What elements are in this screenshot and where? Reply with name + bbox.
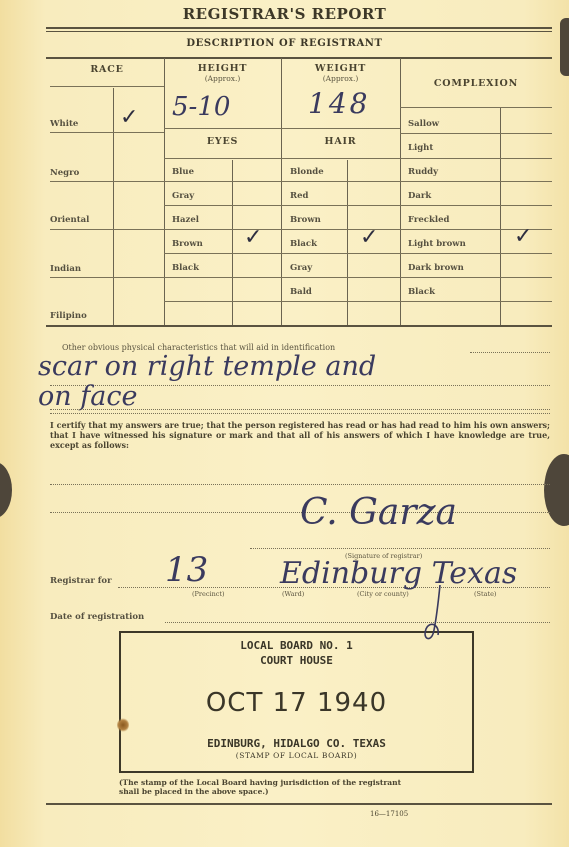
complexion-row-rule	[400, 301, 552, 302]
form-number: 16—17105	[370, 810, 408, 818]
eyes-row-rule	[164, 205, 281, 206]
precinct-caption: (Precinct)	[192, 590, 225, 598]
characteristics-line1: scar on right temple and	[38, 351, 376, 382]
hair-row-rule	[281, 301, 400, 302]
eyes-row-rule	[164, 253, 281, 254]
race-oriental-label: Oriental	[50, 215, 89, 225]
date-line	[165, 622, 550, 623]
hair-black-check[interactable]: ✓	[360, 225, 378, 250]
characteristics-dotline	[50, 409, 550, 410]
height-header: HEIGHT	[164, 63, 281, 74]
ink-stain	[117, 718, 129, 732]
ward-caption: (Ward)	[282, 590, 304, 598]
eyes-blue-label: Blue	[172, 167, 194, 177]
table-top-rule	[46, 57, 552, 59]
stamp-note: (The stamp of the Local Board having jur…	[119, 778, 401, 796]
stamp-location: COURT HOUSE	[121, 654, 472, 667]
complexion-row-rule	[400, 205, 552, 206]
exception-line	[50, 484, 550, 485]
complexion-row-rule	[400, 158, 552, 159]
hair-row-rule	[281, 229, 400, 230]
race-header: RACE	[50, 64, 164, 75]
hair-blonde-label: Blonde	[290, 167, 324, 177]
hair-gray-label: Gray	[290, 263, 312, 273]
table-bottom-rule	[46, 325, 552, 327]
title-rule	[46, 27, 552, 29]
document-title: REGISTRAR'S REPORT	[0, 5, 569, 23]
date-of-registration-label: Date of registration	[50, 612, 144, 622]
eyes-hazel-label: Hazel	[172, 215, 199, 225]
certification-text: I certify that my answers are true; that…	[50, 420, 550, 450]
height-subheader: (Approx.)	[164, 74, 281, 83]
precinct-value: 13	[165, 550, 208, 590]
hair-row-rule	[281, 205, 400, 206]
complexion-ruddy-label: Ruddy	[408, 167, 438, 177]
punch-hole-left	[0, 462, 12, 518]
registrar-signature: C. Garza	[300, 492, 457, 533]
eyes-row-rule	[164, 229, 281, 230]
section-subtitle: DESCRIPTION OF REGISTRANT	[0, 38, 569, 49]
race-divider	[164, 58, 165, 326]
complexion-light-label: Light	[408, 143, 433, 153]
height-value: 5-10	[172, 92, 230, 122]
race-row-rule	[50, 181, 164, 182]
hair-header: HAIR	[281, 136, 400, 147]
complexion-sallow-label: Sallow	[408, 119, 439, 129]
complexion-divider	[400, 58, 401, 326]
eyes-row-rule	[164, 181, 281, 182]
characteristics-dotline	[470, 352, 550, 353]
registration-card: REGISTRAR'S REPORT DESCRIPTION OF REGIST…	[0, 0, 569, 847]
race-row-rule	[50, 132, 164, 133]
height-weight-divider	[281, 58, 282, 326]
complexion-light-brown-check[interactable]: ✓	[514, 224, 532, 249]
complexion-check-divider	[500, 108, 501, 326]
signature-descender	[418, 585, 458, 645]
local-board-stamp: LOCAL BOARD NO. 1 COURT HOUSE OCT 17 194…	[119, 631, 474, 773]
city-caption: (City or county)	[357, 590, 409, 598]
stamp-note-line2: shall be placed in the above space.)	[119, 787, 401, 796]
punch-hole-right	[544, 454, 569, 526]
race-filipino-label: Filipino	[50, 311, 87, 321]
eyes-header: EYES	[164, 136, 281, 147]
race-white-label: White	[50, 119, 78, 129]
eyes-hair-header-rule	[164, 158, 400, 159]
complexion-header: COMPLEXION	[400, 78, 552, 89]
weight-value: 148	[308, 87, 370, 120]
hair-black-label: Black	[290, 239, 317, 249]
eyes-brown-label: Brown	[172, 239, 203, 249]
race-header-rule	[50, 86, 164, 87]
city-value: Edinburg Texas	[280, 556, 517, 591]
title-rule-thin	[46, 31, 552, 32]
eyes-row-rule	[164, 277, 281, 278]
complexion-black-label: Black	[408, 287, 435, 297]
stamp-address: EDINBURG, HIDALGO CO. TEXAS	[121, 737, 472, 750]
hair-red-label: Red	[290, 191, 308, 201]
weight-subheader: (Approx.)	[281, 74, 400, 83]
eyes-row-rule	[164, 301, 281, 302]
hair-brown-label: Brown	[290, 215, 321, 225]
signature-line	[250, 548, 550, 549]
registrar-for-label: Registrar for	[50, 576, 112, 586]
hair-row-rule	[281, 253, 400, 254]
characteristics-dotline	[50, 413, 550, 414]
complexion-dark-brown-label: Dark brown	[408, 263, 464, 273]
hair-row-rule	[281, 277, 400, 278]
stamp-caption: (STAMP OF LOCAL BOARD)	[121, 751, 472, 760]
race-row-rule	[50, 277, 164, 278]
race-white-check[interactable]: ✓	[120, 105, 138, 130]
hair-bald-label: Bald	[290, 287, 312, 297]
complexion-row-rule	[400, 253, 552, 254]
footer-rule	[46, 803, 552, 805]
eyes-brown-check[interactable]: ✓	[244, 225, 262, 250]
complexion-row-rule	[400, 277, 552, 278]
hair-row-rule	[281, 181, 400, 182]
complexion-header-rule	[400, 107, 552, 108]
weight-header: WEIGHT	[281, 63, 400, 74]
characteristics-line2: on face	[38, 381, 137, 412]
complexion-row-rule	[400, 133, 552, 134]
eyes-gray-label: Gray	[172, 191, 194, 201]
race-check-divider	[113, 88, 114, 326]
state-caption: (State)	[474, 590, 496, 598]
complexion-dark-label: Dark	[408, 191, 431, 201]
race-indian-label: Indian	[50, 264, 81, 274]
complexion-row-rule	[400, 181, 552, 182]
stamp-note-line1: (The stamp of the Local Board having jur…	[119, 778, 401, 787]
complexion-light-brown-label: Light brown	[408, 239, 466, 249]
complexion-freckled-label: Freckled	[408, 215, 449, 225]
race-row-rule	[50, 229, 164, 230]
stamp-date: OCT 17 1940	[121, 688, 472, 718]
height-weight-rule	[164, 128, 400, 129]
race-negro-label: Negro	[50, 168, 79, 178]
eyes-black-label: Black	[172, 263, 199, 273]
